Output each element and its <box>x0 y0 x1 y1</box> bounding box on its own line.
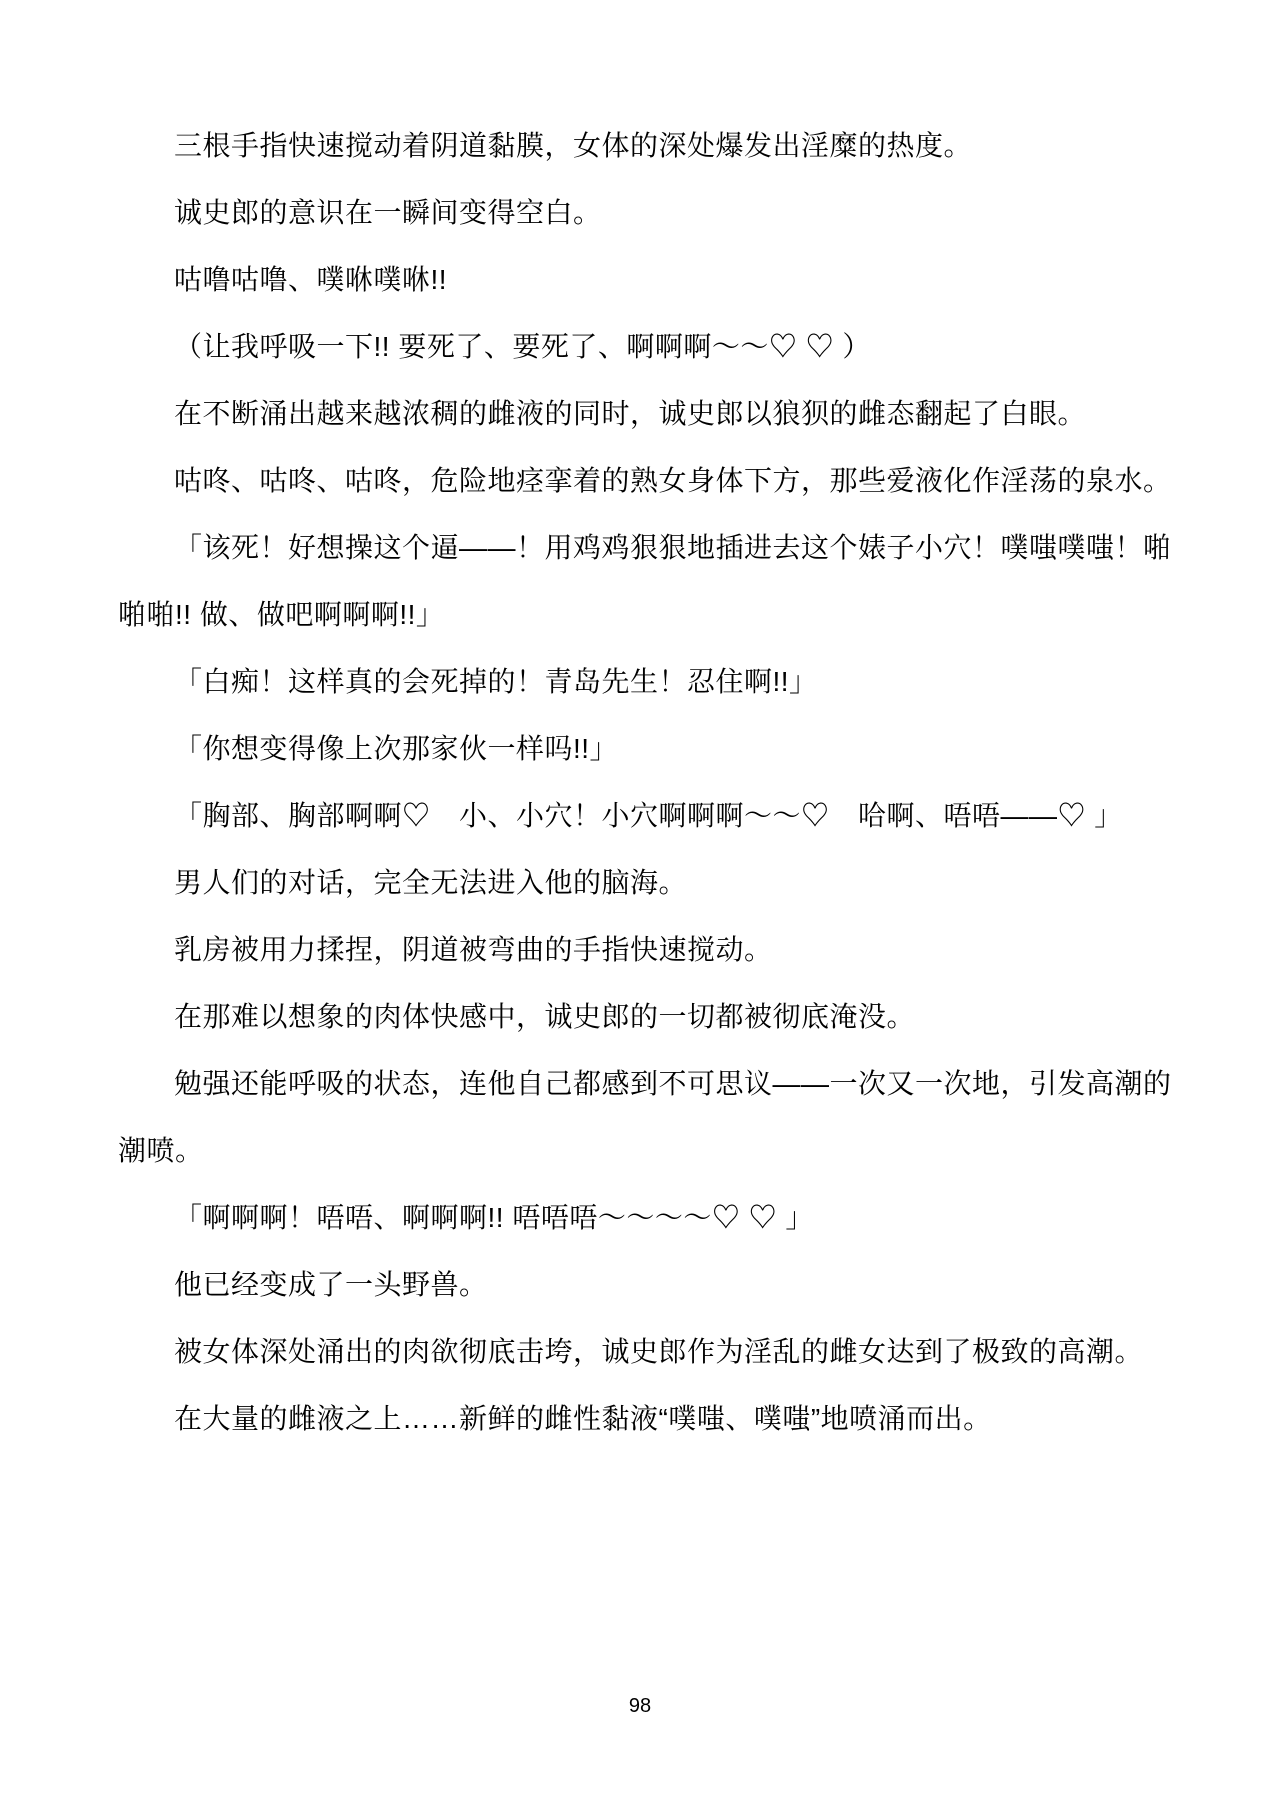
paragraph: 在大量的雌液之上……新鲜的雌性黏液“噗嗤、噗嗤”地喷涌而出。 <box>118 1385 1174 1452</box>
paragraph: 男人们的对话，完全无法进入他的脑海。 <box>118 849 1174 916</box>
paragraph: 他已经变成了一头野兽。 <box>118 1251 1174 1318</box>
paragraph: 被女体深处涌出的肉欲彻底击垮，诚史郎作为淫乱的雌女达到了极致的高潮。 <box>118 1318 1174 1385</box>
paragraph: 咕咚、咕咚、咕咚，危险地痉挛着的熟女身体下方，那些爱液化作淫荡的泉水。 <box>118 447 1174 514</box>
page-number: 98 <box>0 1695 1280 1718</box>
paragraph: 「该死！好想操这个逼——！用鸡鸡狠狠地插进去这个婊子小穴！噗嗤噗嗤！啪啪啪!! … <box>118 514 1174 648</box>
paragraph: 在那难以想象的肉体快感中，诚史郎的一切都被彻底淹没。 <box>118 983 1174 1050</box>
paragraph: 「啊啊啊！唔唔、啊啊啊!! 唔唔唔～～～～♡ ♡ 」 <box>118 1184 1174 1251</box>
paragraph: 在不断涌出越来越浓稠的雌液的同时，诚史郎以狼狈的雌态翻起了白眼。 <box>118 380 1174 447</box>
paragraph: 「你想变得像上次那家伙一样吗!!」 <box>118 715 1174 782</box>
paragraph: 诚史郎的意识在一瞬间变得空白。 <box>118 179 1174 246</box>
paragraph: 三根手指快速搅动着阴道黏膜，女体的深处爆发出淫糜的热度。 <box>118 112 1174 179</box>
paragraph: 勉强还能呼吸的状态，连他自己都感到不可思议——一次又一次地，引发高潮的潮喷。 <box>118 1050 1174 1184</box>
paragraph: 「胸部、胸部啊啊♡ 小、小穴！小穴啊啊啊～～♡ 哈啊、唔唔——♡ 」 <box>118 782 1174 849</box>
paragraph: 咕噜咕噜、噗咻噗咻!! <box>118 246 1174 313</box>
document-page: 三根手指快速搅动着阴道黏膜，女体的深处爆发出淫糜的热度。 诚史郎的意识在一瞬间变… <box>0 0 1280 1810</box>
paragraph: 「白痴！这样真的会死掉的！青岛先生！忍住啊!!」 <box>118 648 1174 715</box>
paragraph: 乳房被用力揉捏，阴道被弯曲的手指快速搅动。 <box>118 916 1174 983</box>
paragraph: （让我呼吸一下!! 要死了、要死了、啊啊啊～～♡ ♡ ） <box>118 313 1174 380</box>
